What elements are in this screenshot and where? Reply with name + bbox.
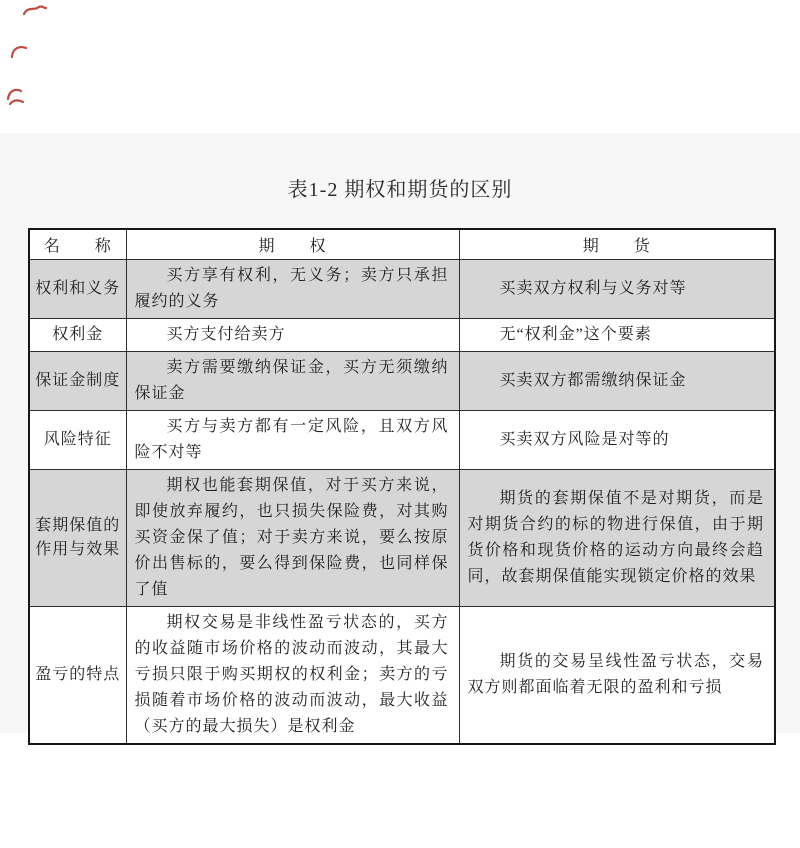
row-label-cell: 权利和义务 [29, 259, 126, 318]
future-value-cell: 买卖双方都需缴纳保证金 [459, 351, 775, 410]
table-body: 权利和义务 买方享有权利，无义务；卖方只承担履约的义务 买卖双方权利与义务对等 … [29, 259, 775, 744]
table-row: 权利金 买方支付给卖方 无“权利金”这个要素 [29, 318, 775, 351]
header-name: 名 称 [29, 229, 126, 259]
table-row: 盈亏的特点 期权交易是非线性盈亏状态的，买方的收益随市场价格的波动而波动，其最大… [29, 606, 775, 744]
option-value-cell: 买方与卖方都有一定风险，且双方风险不对等 [126, 410, 459, 469]
row-label-cell: 风险特征 [29, 410, 126, 469]
option-value-cell: 买方支付给卖方 [126, 318, 459, 351]
header-option: 期 权 [126, 229, 459, 259]
option-value-cell: 买方享有权利，无义务；卖方只承担履约的义务 [126, 259, 459, 318]
row-label-cell: 盈亏的特点 [29, 606, 126, 744]
future-value-cell: 无“权利金”这个要素 [459, 318, 775, 351]
future-value-cell: 买卖双方风险是对等的 [459, 410, 775, 469]
row-label-cell: 权利金 [29, 318, 126, 351]
pen-mark-icon [8, 90, 23, 104]
pen-mark-icon [12, 47, 26, 57]
table-header-row: 名 称 期 权 期 货 [29, 229, 775, 259]
option-value-cell: 期权也能套期保值，对于买方来说，即使放弃履约，也只损失保险费，对其购买资金保了值… [126, 469, 459, 606]
options-vs-futures-table: 名 称 期 权 期 货 权利和义务 买方享有权利，无义务；卖方只承担履约的义务 … [28, 228, 776, 745]
header-future: 期 货 [459, 229, 775, 259]
red-pen-annotation-marks [0, 0, 70, 115]
row-label-cell: 套期保值的作用与效果 [29, 469, 126, 606]
table-caption: 表1-2 期权和期货的区别 [0, 173, 800, 202]
future-value-cell: 期货的套期保值不是对期货，而是对期货合约的标的物进行保值，由于期货价格和现货价格… [459, 469, 775, 606]
table-row: 风险特征 买方与卖方都有一定风险，且双方风险不对等 买卖双方风险是对等的 [29, 410, 775, 469]
option-value-cell: 卖方需要缴纳保证金，买方无须缴纳保证金 [126, 351, 459, 410]
row-label-cell: 保证金制度 [29, 351, 126, 410]
pen-mark-icon [24, 6, 46, 14]
table-row: 套期保值的作用与效果 期权也能套期保值，对于买方来说，即使放弃履约，也只损失保险… [29, 469, 775, 606]
future-value-cell: 买卖双方权利与义务对等 [459, 259, 775, 318]
future-value-cell: 期货的交易呈线性盈亏状态，交易双方则都面临着无限的盈利和亏损 [459, 606, 775, 744]
option-value-cell: 期权交易是非线性盈亏状态的，买方的收益随市场价格的波动而波动，其最大亏损只限于购… [126, 606, 459, 744]
table-row: 权利和义务 买方享有权利，无义务；卖方只承担履约的义务 买卖双方权利与义务对等 [29, 259, 775, 318]
table-row: 保证金制度 卖方需要缴纳保证金，买方无须缴纳保证金 买卖双方都需缴纳保证金 [29, 351, 775, 410]
